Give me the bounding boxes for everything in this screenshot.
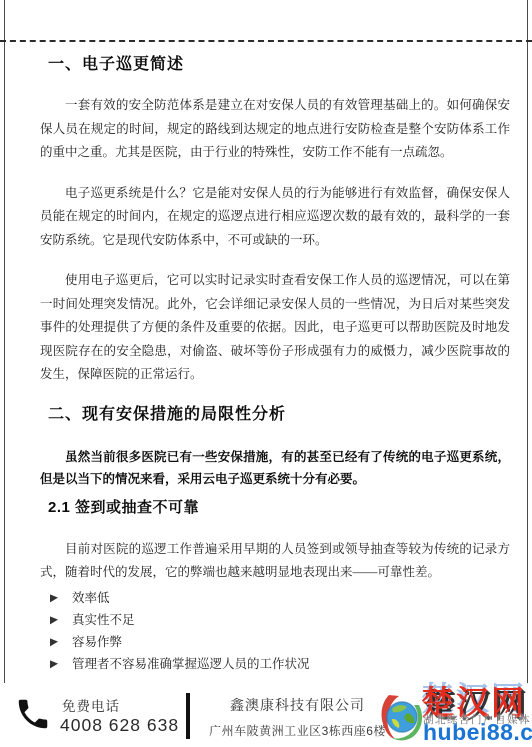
footer-divider (186, 693, 190, 739)
page-left-border (4, 0, 5, 747)
bullet-text: 管理者不容易准确掌握巡逻人员的工作状况 (72, 653, 310, 675)
company-name: 鑫澳康科技有限公司 (200, 695, 395, 715)
page-right-border (527, 0, 528, 747)
subsection-2-1-paragraph: 目前对医院的巡逻工作普遍采用早期的人员签到或领导抽查等较为传统的记录方式，随着时… (40, 538, 510, 585)
section-2-heading: 二、现有安保措施的局限性分析 (48, 404, 510, 426)
arrow-bullet-icon (50, 615, 58, 624)
list-item: 容易作弊 (50, 631, 510, 653)
section-1-paragraph-1: 一套有效的安全防范体系是建立在对安保人员的有效管理基础上的。如何确保安保人员在规… (40, 94, 510, 165)
section-1-paragraph-2: 电子巡更系统是什么？它是能对安保人员的行为能够进行有效监督，确保安保人员能在规定… (40, 182, 510, 253)
bullet-text: 真实性不足 (72, 609, 135, 631)
document-page: 一、电子巡更简述 一套有效的安全防范体系是建立在对安保人员的有效管理基础上的。如… (0, 0, 532, 747)
page-footer: 免费电话 4008 628 638 鑫澳康科技有限公司 广州车陂黄洲工业区3栋西… (0, 683, 532, 747)
section-1-heading: 一、电子巡更简述 (48, 54, 510, 76)
free-phone-label: 免费电话 (62, 695, 120, 715)
arrow-bullet-icon (50, 659, 58, 668)
arrow-bullet-icon (50, 637, 58, 646)
bullet-text: 效率低 (72, 587, 110, 609)
list-item: 效率低 (50, 587, 510, 609)
arrow-bullet-icon (50, 593, 58, 602)
limitations-bullet-list: 效率低 真实性不足 容易作弊 管理者不容易准确掌握巡逻人员的工作状况 (40, 587, 510, 675)
section-2-lead-paragraph: 虽然当前很多医院已有一些安保措施，有的甚至已经有了传统的电子巡更系统，但是以当下… (40, 446, 510, 490)
bullet-text: 容易作弊 (72, 631, 122, 653)
list-item: 管理者不容易准确掌握巡逻人员的工作状况 (50, 653, 510, 675)
phone-icon (14, 695, 52, 733)
company-address: 广州车陂黄洲工业区3栋西座6楼 (200, 722, 395, 739)
phone-number: 4008 628 638 (60, 715, 179, 736)
document-body: 一、电子巡更简述 一套有效的安全防范体系是建立在对安保人员的有效管理基础上的。如… (40, 50, 510, 675)
section-1-paragraph-3: 使用电子巡更后，它可以实时记录实时查看安保工作人员的巡逻情况，可以在第一时间处理… (40, 269, 510, 387)
list-item: 真实性不足 (50, 609, 510, 631)
company-info: 鑫澳康科技有限公司 广州车陂黄洲工业区3栋西座6楼 (200, 695, 395, 739)
subsection-2-1-heading: 2.1 签到或抽查不可靠 (48, 498, 510, 518)
top-dashed-divider (0, 40, 532, 42)
